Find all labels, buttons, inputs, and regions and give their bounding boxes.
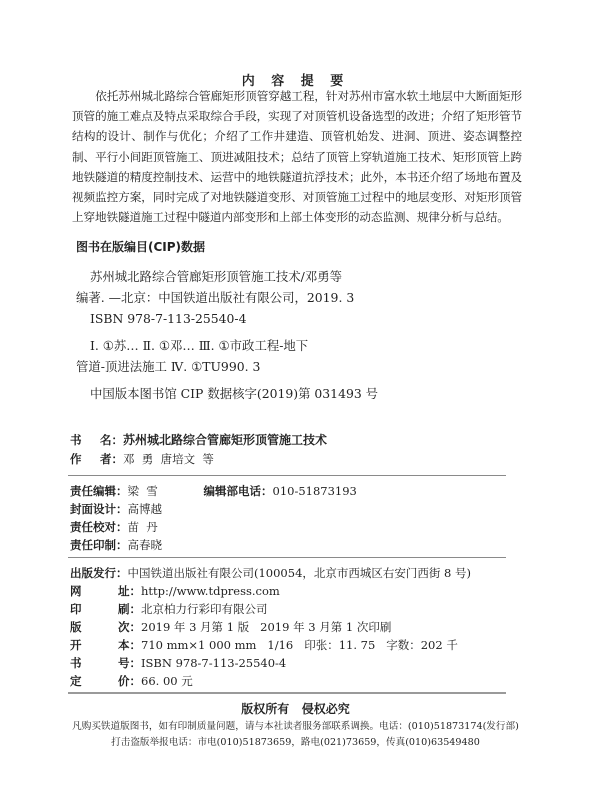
pub-label: 开 (70, 636, 106, 654)
cip-heading: 图书在版编目(CIP)数据 (76, 238, 205, 255)
replacement-notice: 凡购买铁道版图书，如有印制质量问题，请与本社读者服务部联系调换。电话：(010)… (0, 718, 591, 732)
pub-label-b: 址： (118, 582, 141, 600)
pub-value-website[interactable]: http://www.tdpress.com (141, 582, 280, 600)
proofreader-value: 苗 丹 (128, 518, 158, 536)
cip-line-classification: Ⅰ. ①苏… Ⅱ. ①邓… Ⅲ. ①市政工程-地下 (76, 335, 378, 356)
pub-label-b: 本： (118, 636, 141, 654)
book-author-label-a: 作 (70, 450, 100, 468)
cip-block: 苏州城北路综合管廊矩形顶管施工技术/邓勇等 编著. —北京：中国铁道出版社有限公… (76, 266, 378, 404)
pub-label-b: 次： (118, 618, 141, 636)
proofreader-row: 责任校对： 苗 丹 (70, 518, 158, 536)
pub-label-colon: ： (116, 564, 128, 582)
cover-design-row: 封面设计： 高博越 (70, 500, 162, 518)
summary-text: 依托苏州城北路综合管廊矩形顶管穿越工程，针对苏州市富水软土地层中大断面矩形顶管的… (72, 86, 522, 227)
cip-line-title: 苏州城北路综合管廊矩形顶管施工技术/邓勇等 (76, 266, 378, 287)
piracy-report-notice: 打击盗版举报电话：市电(010)51873659，路电(021)73659，传真… (0, 734, 591, 748)
pub-value: 2019 年 3 月第 1 版 2019 年 3 月第 1 次印刷 (141, 618, 391, 636)
editor-value: 梁 雪 (128, 482, 204, 500)
pub-row-publisher: 出版发行 ： 中国铁道出版社有限公司(100054，北京市西城区右安门西街 8 … (70, 564, 471, 582)
print-manager-value: 高春晓 (128, 536, 163, 554)
book-author-row: 作 者： 邓 勇 唐培文 等 (70, 450, 214, 468)
cip-line-record-number: 中国版本图书馆 CIP 数据核字(2019)第 031493 号 (76, 383, 378, 404)
book-author-label-b: 者： (100, 450, 123, 468)
book-title-label-a: 书 (70, 431, 100, 449)
cip-line-publisher: 编著. —北京：中国铁道出版社有限公司，2019. 3 (76, 287, 378, 308)
pub-value: 中国铁道出版社有限公司(100054，北京市西城区右安门西街 8 号) (128, 564, 472, 582)
copyright-notice: 版权所有 侵权必究 (0, 700, 591, 717)
pub-row-price: 定 价： 66. 00 元 (70, 672, 193, 690)
editor-label: 责任编辑： (70, 482, 128, 500)
pub-row-website: 网 址： http://www.tdpress.com (70, 582, 280, 600)
cip-line-classification-cont: 管道-顶进法施工 Ⅳ. ①TU990. 3 (76, 356, 378, 377)
pub-label: 版 (70, 618, 106, 636)
pub-label-b: 刷： (118, 600, 141, 618)
pub-value: 66. 00 元 (141, 672, 193, 690)
pub-label: 印 (70, 600, 106, 618)
divider-1 (68, 475, 506, 476)
pub-label-b: 号： (118, 654, 141, 672)
proofreader-label: 责任校对： (70, 518, 128, 536)
pub-label: 出版发行 (70, 564, 116, 582)
book-author-value: 邓 勇 唐培文 等 (123, 450, 214, 468)
editor-row: 责任编辑： 梁 雪 编辑部电话： 010-51873193 (70, 482, 357, 500)
editorial-phone-label: 编辑部电话： (204, 482, 273, 500)
pub-row-format: 开 本： 710 mm×1 000 mm 1/16 印张：11. 75 字数：2… (70, 636, 458, 654)
print-manager-label: 责任印制： (70, 536, 128, 554)
divider-2 (68, 557, 506, 558)
pub-value: 北京柏力行彩印有限公司 (141, 600, 268, 618)
book-title-row: 书 名： 苏州城北路综合管廊矩形顶管施工技术 (70, 431, 327, 449)
pub-label: 网 (70, 582, 106, 600)
divider-3 (68, 692, 506, 694)
pub-row-printer: 印 刷： 北京柏力行彩印有限公司 (70, 600, 268, 618)
pub-label: 书 (70, 654, 106, 672)
pub-label: 定 (70, 672, 106, 690)
print-manager-row: 责任印制： 高春晓 (70, 536, 162, 554)
cover-design-value: 高博越 (128, 500, 163, 518)
pub-label-b: 价： (118, 672, 141, 690)
pub-row-isbn: 书 号： ISBN 978-7-113-25540-4 (70, 654, 286, 672)
pub-row-edition: 版 次： 2019 年 3 月第 1 版 2019 年 3 月第 1 次印刷 (70, 618, 391, 636)
pub-value: ISBN 978-7-113-25540-4 (141, 654, 286, 672)
editorial-phone-value: 010-51873193 (273, 482, 357, 500)
cip-line-isbn: ISBN 978-7-113-25540-4 (76, 308, 378, 329)
pub-value: 710 mm×1 000 mm 1/16 印张：11. 75 字数：202 千 (141, 636, 458, 654)
book-title-label-b: 名： (100, 431, 123, 449)
book-title-value: 苏州城北路综合管廊矩形顶管施工技术 (123, 431, 327, 449)
cover-design-label: 封面设计： (70, 500, 128, 518)
